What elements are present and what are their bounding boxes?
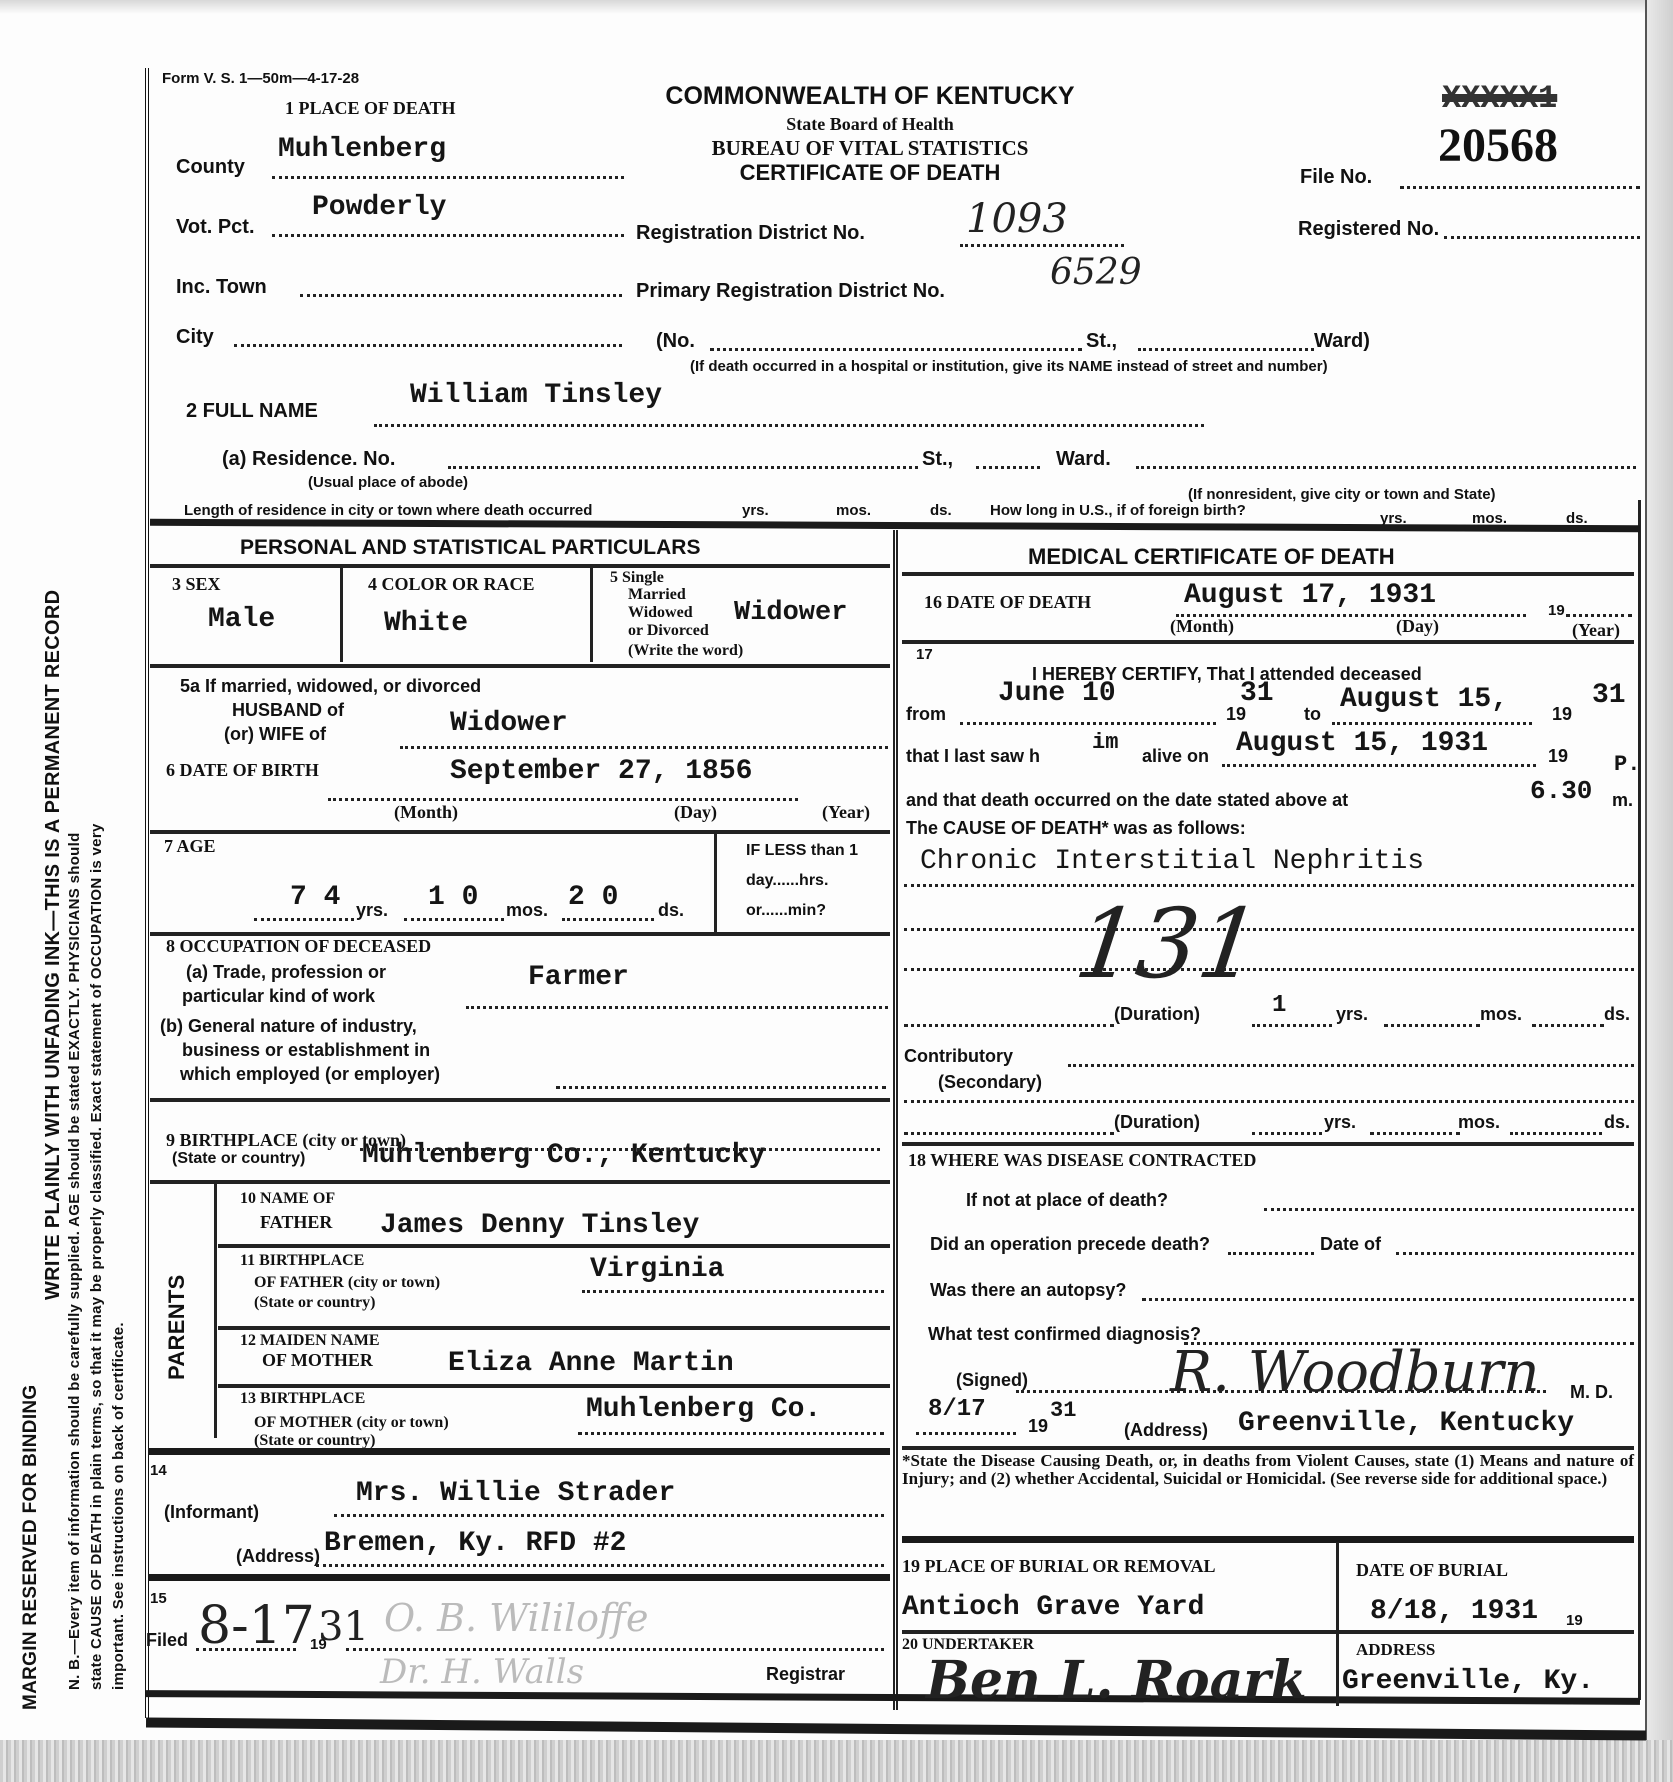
filed-label: Filed <box>146 1630 188 1651</box>
burial-date-label: DATE OF BURIAL <box>1356 1560 1508 1581</box>
last-saw-label: that I last saw h <box>906 746 1040 767</box>
dob-day-label: (Day) <box>674 802 717 823</box>
registration-district-value: 1093 <box>966 196 1068 242</box>
occupation-b-label-2: business or establishment in <box>182 1040 430 1061</box>
cause-of-death-value: Chronic Interstitial Nephritis <box>920 846 1424 877</box>
registrar-signature-1: O. B. Wililoffe <box>384 1596 648 1640</box>
disease-contracted-label: 18 WHERE WAS DISEASE CONTRACTED <box>908 1150 1256 1171</box>
date-of-death-value: August 17, 1931 <box>1184 580 1436 611</box>
nonresident-note: (If nonresident, give city or town and S… <box>1188 486 1496 503</box>
undertaker-signature: Ben L. Roark <box>926 1650 1307 1711</box>
scan-edge-bottom <box>0 1740 1673 1782</box>
board-heading: State Board of Health <box>660 114 1080 135</box>
informant-address-value: Bremen, Ky. RFD #2 <box>324 1528 626 1559</box>
margin-line-cause: state CAUSE OF DEATH in plain terms, so … <box>88 823 105 1690</box>
date-of-death-label: 16 DATE OF DEATH <box>924 592 1091 613</box>
father-label-1: 10 NAME OF <box>240 1190 335 1208</box>
burial-19-label: 19 <box>1566 1612 1583 1629</box>
scan-edge-top <box>0 0 1673 14</box>
father-label-2: FATHER <box>260 1212 332 1233</box>
spouse-label-wife: (or) WIFE of <box>224 724 326 745</box>
burial-date-value: 8/18, 1931 <box>1370 1596 1538 1627</box>
dod-year-label: (Year) <box>1572 620 1620 641</box>
mother-birthplace-label-2: OF MOTHER (city or town) <box>254 1414 449 1432</box>
mother-birthplace-label-1: 13 BIRTHPLACE <box>240 1390 365 1408</box>
duration-years-value: 1 <box>1272 992 1286 1019</box>
operation-date-label: Date of <box>1320 1234 1381 1255</box>
mother-label-1: 12 MAIDEN NAME <box>240 1332 380 1350</box>
registered-number-label: Registered No. <box>1298 218 1439 241</box>
mother-birthplace-value: Muhlenberg Co. <box>586 1394 821 1425</box>
occupation-b-label-1: (b) General nature of industry, <box>160 1016 417 1037</box>
cause-of-death-label: The CAUSE OF DEATH* was as follows: <box>906 818 1246 839</box>
father-name-value: James Denny Tinsley <box>380 1210 699 1241</box>
duration-label-1: (Duration) <box>1114 1004 1200 1025</box>
dod-day-label: (Day) <box>1396 616 1439 637</box>
spouse-label-1: 5a If married, widowed, or divorced <box>180 676 481 697</box>
father-birthplace-label-3: (State or country) <box>254 1294 375 1312</box>
occupation-label: 8 OCCUPATION OF DECEASED <box>166 936 431 957</box>
usual-abode-note: (Usual place of abode) <box>308 474 468 491</box>
hospital-note: (If death occurred in a hospital or inst… <box>690 358 1328 375</box>
physician-address-value: Greenville, Kentucky <box>1238 1408 1574 1439</box>
dod-19-label: 19 <box>1548 602 1565 619</box>
duration-ds-label-1: ds. <box>1604 1004 1630 1025</box>
to-year-value: 31 <box>1592 680 1626 711</box>
death-occurred-label: and that death occurred on the date stat… <box>906 790 1348 811</box>
county-value: Muhlenberg <box>278 134 446 165</box>
informant-address-label: (Address) <box>236 1546 320 1567</box>
margin-line-nb: N. B.—Every item of information should b… <box>66 832 83 1690</box>
margin-line-binding: MARGIN RESERVED FOR BINDING <box>20 1385 42 1711</box>
contributory-label: Contributory <box>904 1046 1013 1067</box>
marital-label-single: 5 Single <box>610 570 664 585</box>
age-years-value: 7 4 <box>290 882 340 913</box>
personal-section-title: PERSONAL AND STATISTICAL PARTICULARS <box>240 536 700 560</box>
date-of-birth-value: September 27, 1856 <box>450 756 752 787</box>
registration-district-label: Registration District No. <box>636 222 865 245</box>
duration-yrs-label-2: yrs. <box>1324 1112 1356 1133</box>
age-yrs-label: yrs. <box>356 900 388 921</box>
marital-status-value: Widower <box>734 598 847 628</box>
inc-town-label: Inc. Town <box>176 276 267 299</box>
filed-date-value: 8-17 <box>198 1596 315 1656</box>
undertaker-address-value: Greenville, Ky. <box>1342 1666 1594 1697</box>
place-of-death-heading: 1 PLACE OF DEATH <box>285 98 456 119</box>
item-17-label: 17 <box>916 646 933 663</box>
classification-code: 131 <box>1058 888 1278 1000</box>
age-months-value: 1 0 <box>428 882 478 913</box>
signed-label: (Signed) <box>956 1370 1028 1391</box>
filed-year-value: 31 <box>318 1604 369 1650</box>
less-hrs-label: day......hrs. <box>746 872 828 890</box>
duration-mos-label-1: mos. <box>1480 1004 1522 1025</box>
date-of-birth-label: 6 DATE OF BIRTH <box>166 760 319 781</box>
occupation-a-label-2: particular kind of work <box>182 986 375 1007</box>
alive-on-value: August 15, 1931 <box>1236 728 1488 759</box>
ward-label: Ward) <box>1314 330 1370 353</box>
informant-value: Mrs. Willie Strader <box>356 1478 675 1509</box>
dob-year-label: (Year) <box>822 802 870 823</box>
autopsy-label: Was there an autopsy? <box>930 1280 1126 1301</box>
spouse-value: Widower <box>450 708 568 739</box>
birthplace-value: Muhlenberg Co., Kentucky <box>362 1140 765 1171</box>
informant-label: (Informant) <box>164 1502 259 1523</box>
not-at-place-label: If not at place of death? <box>966 1190 1168 1211</box>
duration-ds-label-2: ds. <box>1604 1112 1630 1133</box>
margin-instructions: MARGIN RESERVED FOR BINDING WRITE PLAINL… <box>12 90 132 1710</box>
marital-label-divorced: or Divorced <box>628 622 709 640</box>
dob-month-label: (Month) <box>394 802 458 823</box>
burial-place-label: 19 PLACE OF BURIAL OR REMOVAL <box>902 1556 1216 1577</box>
registrar-signature-2: Dr. H. Walls <box>380 1652 584 1692</box>
voting-precinct-label: Vot. Pct. <box>176 216 255 239</box>
street-no-label: (No. <box>656 330 695 353</box>
residence-mos: mos. <box>836 502 871 519</box>
file-number-label: File No. <box>1300 166 1372 189</box>
certificate-title: CERTIFICATE OF DEATH <box>660 160 1080 186</box>
residence-yrs: yrs. <box>742 502 769 519</box>
md-label: M. D. <box>1570 1382 1613 1403</box>
sex-label: 3 SEX <box>172 574 221 595</box>
from-year-value: 31 <box>1240 678 1274 709</box>
signed-date-value: 8/17 <box>928 1396 986 1423</box>
residence-ward-label: Ward. <box>1056 448 1111 471</box>
marital-label-widowed: Widowed <box>628 604 693 622</box>
alive-on-label: alive on <box>1142 746 1209 767</box>
residence-street-label: St., <box>922 448 953 471</box>
dod-month-label: (Month) <box>1170 616 1234 637</box>
attended-to-value: August 15, <box>1340 684 1508 715</box>
voting-precinct-value: Powderly <box>312 192 446 223</box>
length-residence-label: Length of residence in city or town wher… <box>184 502 592 519</box>
mother-label-2: OF MOTHER <box>262 1350 373 1371</box>
race-label: 4 COLOR OR RACE <box>368 574 535 595</box>
death-certificate: MARGIN RESERVED FOR BINDING WRITE PLAINL… <box>0 0 1673 1782</box>
county-label: County <box>176 156 245 179</box>
margin-line-unfading-ink: WRITE PLAINLY WITH UNFADING INK—THIS IS … <box>42 590 65 1300</box>
mother-name-value: Eliza Anne Martin <box>448 1348 734 1379</box>
marital-label-married: Married <box>628 586 686 604</box>
margin-line-instructions: important. See instructions on back of c… <box>110 1322 127 1690</box>
alive-19-label: 19 <box>1548 746 1568 767</box>
father-birthplace-label-1: 11 BIRTHPLACE <box>240 1252 364 1270</box>
full-name-value: William Tinsley <box>410 380 662 411</box>
how-long-us-label: How long in U.S., if of foreign birth? <box>990 502 1246 519</box>
residence-ds: ds. <box>930 502 952 519</box>
medical-section-title: MEDICAL CERTIFICATE OF DEATH <box>1028 544 1395 570</box>
duration-label-2: (Duration) <box>1114 1112 1200 1133</box>
duration-mos-label-2: mos. <box>1458 1112 1500 1133</box>
attended-to-label: to <box>1304 704 1321 725</box>
less-min-label: or......min? <box>746 902 826 920</box>
scan-edge-right <box>1645 0 1673 1782</box>
father-birthplace-label-2: OF FATHER (city or town) <box>254 1274 440 1292</box>
secondary-label: (Secondary) <box>938 1072 1042 1093</box>
residence-label: (a) Residence. No. <box>222 448 395 471</box>
race-value: White <box>384 608 468 639</box>
physician-address-label: (Address) <box>1124 1420 1208 1441</box>
signed-19-label: 19 <box>1028 1416 1048 1437</box>
marital-label-write: (Write the word) <box>628 642 743 660</box>
m-label: m. <box>1612 790 1633 811</box>
undertaker-address-label: ADDRESS <box>1356 1640 1435 1660</box>
time-of-death-value: 6.30 <box>1530 776 1592 806</box>
form-number: Form V. S. 1—50m—4-17-28 <box>162 70 359 87</box>
occupation-a-label-1: (a) Trade, profession or <box>186 962 386 983</box>
occupation-b-label-3: which employed (or employer) <box>180 1064 440 1085</box>
age-label: 7 AGE <box>164 836 216 857</box>
spouse-label-husband: HUSBAND of <box>232 700 344 721</box>
test-confirmed-label: What test confirmed diagnosis? <box>928 1324 1201 1345</box>
duration-yrs-label-1: yrs. <box>1336 1004 1368 1025</box>
less-than-day-label: IF LESS than 1 <box>746 842 858 860</box>
father-birthplace-value: Virginia <box>590 1254 724 1285</box>
signed-year-value: 31 <box>1050 1398 1076 1423</box>
filed-number: 15 <box>150 1590 167 1607</box>
parents-label: PARENTS <box>164 1274 190 1380</box>
birthplace-label-2: (State or country) <box>172 1150 305 1168</box>
primary-registration-value: 6529 <box>1050 252 1142 293</box>
last-saw-pronoun: im <box>1092 730 1118 755</box>
struck-file-number: XXXXX1 <box>1442 80 1557 117</box>
state-heading: COMMONWEALTH OF KENTUCKY <box>660 82 1080 111</box>
street-label: St., <box>1086 330 1117 353</box>
primary-registration-label: Primary Registration District No. <box>636 280 945 303</box>
to-19-label: 19 <box>1552 704 1572 725</box>
form-frame-right <box>1638 500 1641 1700</box>
burial-place-value: Antioch Grave Yard <box>902 1592 1204 1623</box>
age-ds-label: ds. <box>658 900 684 921</box>
column-divider <box>893 530 898 1710</box>
cause-footnote: *State the Disease Causing Death, or, in… <box>902 1452 1634 1488</box>
full-name-label: 2 FULL NAME <box>186 400 318 423</box>
physician-signature: R. Woodburn <box>1170 1340 1540 1405</box>
attended-from-value: June 10 <box>998 678 1116 709</box>
sex-value: Male <box>208 604 275 635</box>
age-days-value: 2 0 <box>568 882 618 913</box>
bureau-heading: BUREAU OF VITAL STATISTICS <box>660 136 1080 161</box>
attended-from-label: from <box>906 704 946 725</box>
city-label: City <box>176 326 214 349</box>
informant-number: 14 <box>150 1462 167 1479</box>
operation-label: Did an operation precede death? <box>930 1234 1210 1255</box>
occupation-value: Farmer <box>528 962 629 993</box>
age-mos-label: mos. <box>506 900 548 921</box>
registrar-label: Registrar <box>766 1664 845 1685</box>
am-pm-value: P. <box>1614 752 1640 777</box>
file-number-value: 20568 <box>1438 118 1558 173</box>
